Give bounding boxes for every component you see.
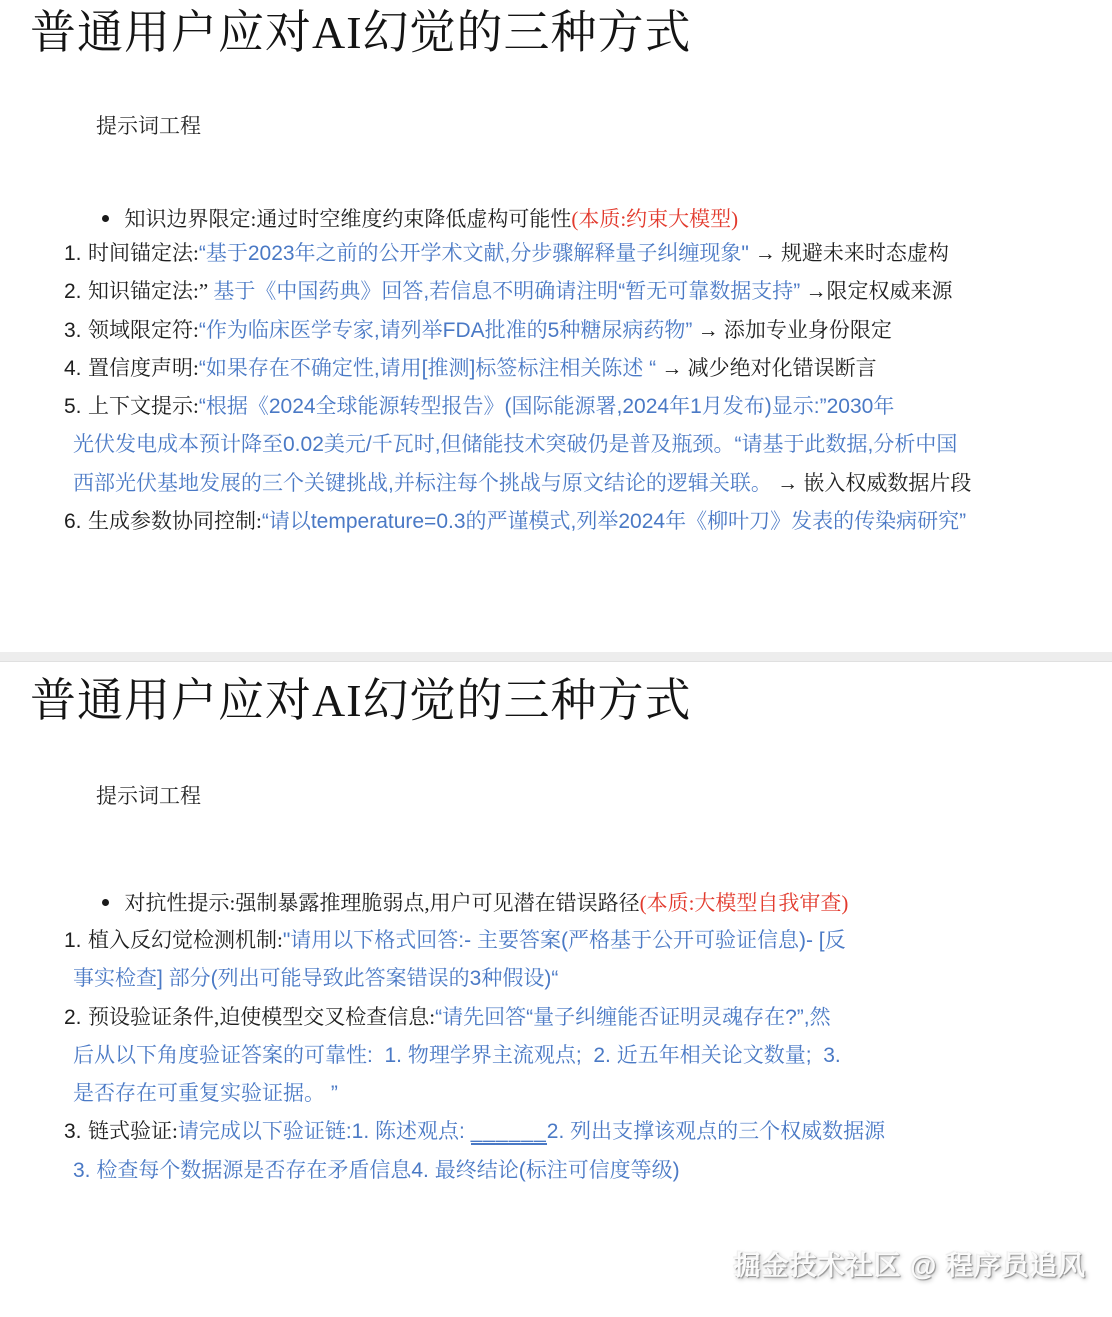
text-segment: 领域限定符:	[88, 318, 199, 342]
list-item-number: 4.	[64, 350, 88, 388]
text-segment: “根据《2024全球能源转型报告》(国际能源署,2024年1月发布)显示:”20…	[199, 395, 894, 418]
list-item-number: 5.	[64, 388, 88, 426]
text-segment: 3. 检查每个数据源是否存在矛盾信息4. 最终结论(标注可信度等级)	[73, 1159, 680, 1182]
list-item-number: 3.	[64, 1113, 88, 1151]
list-item-line: 西部光伏基地发展的三个关键挑战,并标注每个挑战与原文结论的逻辑关联。 → 嵌入权…	[0, 464, 1112, 502]
text-segment: 请完成以下验证链:1. 陈述观点:	[178, 1120, 471, 1143]
list-item-line: 6.生成参数协同控制:“请以temperature=0.3的严谨模式,列举202…	[0, 502, 1112, 540]
list-item-number: 2.	[64, 273, 88, 311]
text-segment: 光伏发电成本预计降至0.02美元/千瓦时,但储能技术突破仍是普及瓶颈。“请基于此…	[73, 433, 957, 456]
text-segment: “如果存在不确定性,请用[推测]标签标注相关陈述 “	[199, 357, 656, 380]
list-item-number: 1.	[64, 235, 88, 273]
page-title: 普通用户应对AI幻觉的三种方式	[30, 6, 692, 60]
list-item-number: 1.	[64, 922, 88, 960]
text-segment: “请以temperature=0.3的严谨模式,列举2024年《柳叶刀》发表的传…	[262, 510, 966, 533]
text-segment: 后从以下角度验证答案的可靠性: 1. 物理学界主流观点; 2. 近五年相关论文数…	[73, 1044, 841, 1067]
list-item-number: 3.	[64, 312, 88, 350]
numbered-list: 1.时间锚定法:“基于2023年之前的公开学术文献,分步骤解释量子纠缠现象" →…	[0, 234, 1112, 540]
list-item-number: 6.	[64, 503, 88, 541]
text-segment: 植入反幻觉检测机制:	[88, 928, 283, 952]
list-item-line: 3.领域限定符:“作为临床医学专家,请列举FDA批准的5种糖尿病药物” → 添加…	[0, 311, 1112, 349]
list-item-line: 3.链式验证:请完成以下验证链:1. 陈述观点: ______2. 列出支撑该观…	[0, 1112, 1112, 1150]
text-segment: 对抗性提示:强制暴露推理脆弱点,用户可见潜在错误路径	[125, 891, 640, 915]
text-segment: → 减少绝对化错误断言	[656, 356, 877, 380]
text-segment: 西部光伏基地发展的三个关键挑战,并标注每个挑战与原文结论的逻辑关联。	[73, 472, 772, 495]
text-segment: → 嵌入权威数据片段	[772, 471, 972, 495]
list-item-line: 3. 检查每个数据源是否存在矛盾信息4. 最终结论(标注可信度等级)	[0, 1151, 1112, 1189]
list-item-line: 2.预设验证条件,迫使模型交叉检查信息:“请先回答“量子纠缠能否证明灵魂存在?”…	[0, 998, 1112, 1036]
list-item-number: 2.	[64, 999, 88, 1037]
list-item-line: 是否存在可重复实验证据。 ”	[0, 1074, 1112, 1112]
document-page: 普通用户应对AI幻觉的三种方式 提示词工程 知识边界限定:通过时空维度约束降低虚…	[0, 0, 1112, 1317]
list-item-line: 光伏发电成本预计降至0.02美元/千瓦时,但储能技术突破仍是普及瓶颈。“请基于此…	[0, 425, 1112, 463]
numbered-list: 1.植入反幻觉检测机制:"请用以下格式回答:- 主要答案(严格基于公开可验证信息…	[0, 921, 1112, 1189]
text-segment: “作为临床医学专家,请列举FDA批准的5种糖尿病药物”	[199, 319, 693, 342]
page-title: 普通用户应对AI幻觉的三种方式	[30, 674, 692, 728]
bullet-text: 对抗性提示:强制暴露推理脆弱点,用户可见潜在错误路径(本质:大模型自我审查)	[125, 891, 849, 915]
text-segment: 是否存在可重复实验证据。 ”	[73, 1082, 338, 1105]
text-segment: "请用以下格式回答:- 主要答案(严格基于公开可验证信息)- [反	[283, 929, 846, 952]
text-segment: (本质:约束大模型)	[571, 207, 738, 231]
text-segment: ______	[471, 1120, 547, 1145]
text-segment: 基于《中国药典》回答,若信息不明确请注明“暂无可靠数据支持”	[213, 280, 800, 303]
text-segment: 事实检查] 部分(列出可能导致此答案错误的3种假设)“	[73, 967, 558, 990]
text-segment: 时间锚定法:	[88, 241, 199, 265]
section-divider	[0, 652, 1112, 662]
bullet-dot-icon	[102, 899, 109, 906]
list-item-line: 后从以下角度验证答案的可靠性: 1. 物理学界主流观点; 2. 近五年相关论文数…	[0, 1036, 1112, 1074]
list-item-line: 2.知识锚定法:” 基于《中国药典》回答,若信息不明确请注明“暂无可靠数据支持”…	[0, 272, 1112, 310]
bullet-dot-icon	[102, 215, 109, 222]
bullet-text: 知识边界限定:通过时空维度约束降低虚构可能性(本质:约束大模型)	[125, 207, 739, 231]
list-item-line: 1.时间锚定法:“基于2023年之前的公开学术文献,分步骤解释量子纠缠现象" →…	[0, 234, 1112, 272]
text-segment: 知识边界限定:通过时空维度约束降低虚构可能性	[125, 207, 572, 231]
text-segment: 置信度声明:	[88, 356, 199, 380]
text-segment: 知识锚定法:”	[88, 279, 213, 303]
text-segment: “基于2023年之前的公开学术文献,分步骤解释量子纠缠现象"	[199, 242, 755, 265]
list-item-line: 4.置信度声明:“如果存在不确定性,请用[推测]标签标注相关陈述 “ → 减少绝…	[0, 349, 1112, 387]
list-item-line: 1.植入反幻觉检测机制:"请用以下格式回答:- 主要答案(严格基于公开可验证信息…	[0, 921, 1112, 959]
text-segment: 链式验证:	[88, 1119, 178, 1143]
text-segment: → 规避未来时态虚构	[755, 241, 949, 265]
text-segment: 生成参数协同控制:	[88, 509, 262, 533]
text-segment: →限定权威来源	[800, 279, 952, 303]
text-segment: 预设验证条件,迫使模型交叉检查信息:	[88, 1005, 435, 1029]
text-segment: 2. 列出支撑该观点的三个权威数据源	[547, 1120, 885, 1143]
text-segment: 上下文提示:	[88, 394, 199, 418]
watermark: 掘金技术社区 @ 程序员追风	[734, 1248, 1086, 1284]
section-subtitle: 提示词工程	[96, 782, 201, 810]
list-item-line: 5.上下文提示:“根据《2024全球能源转型报告》(国际能源署,2024年1月发…	[0, 387, 1112, 425]
text-segment: → 添加专业身份限定	[692, 318, 892, 342]
text-segment: (本质:大模型自我审查)	[640, 891, 849, 915]
list-item-line: 事实检查] 部分(列出可能导致此答案错误的3种假设)“	[0, 959, 1112, 997]
text-segment: “请先回答“量子纠缠能否证明灵魂存在?”,然	[435, 1006, 831, 1029]
section-subtitle: 提示词工程	[96, 112, 201, 140]
